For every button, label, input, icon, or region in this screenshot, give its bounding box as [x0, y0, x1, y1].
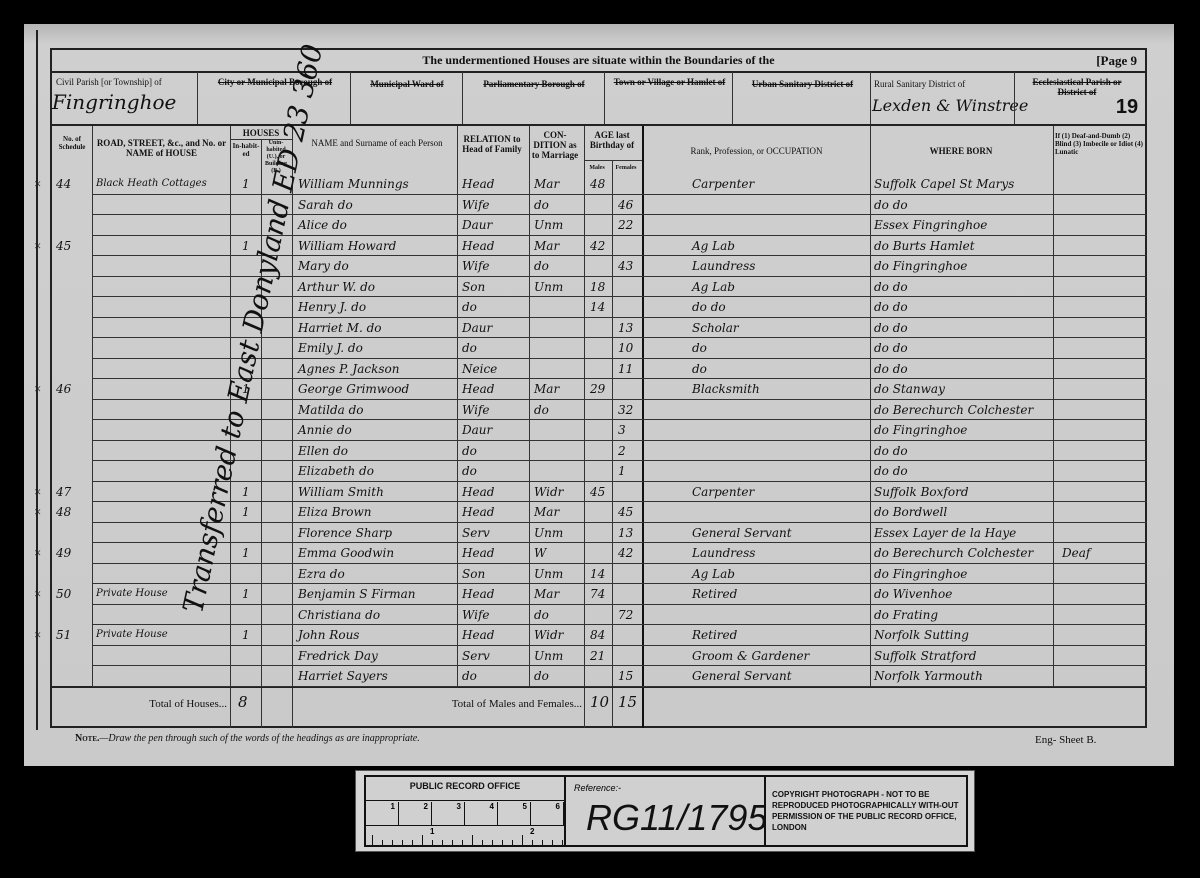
birthplace: do Berechurch Colchester	[874, 543, 1033, 563]
tally-mark-icon: ×	[34, 484, 41, 500]
occupation: Laundress	[692, 543, 755, 563]
schedule-number: 48	[56, 502, 71, 522]
relation: Wife	[462, 605, 490, 625]
schedule-number: 47	[56, 482, 71, 502]
birthplace: do do	[874, 338, 908, 358]
civil-parish-label: Civil Parish [or Township] of	[56, 77, 196, 87]
marital-condition: Widr	[534, 625, 563, 645]
civil-parish-value: Fingringhoe	[52, 90, 176, 114]
col-infirmity: If (1) Deaf-and-Dumb (2) Blind (3) Imbec…	[1055, 132, 1145, 156]
inhabited-count: 1	[242, 482, 250, 502]
ruler-mark: 3	[432, 802, 465, 825]
birthplace: Suffolk Boxford	[874, 482, 969, 502]
rural-sanitary-label: Rural Sanitary District of	[874, 79, 1014, 89]
inhabited-count: 1	[242, 584, 250, 604]
marital-condition: do	[534, 256, 549, 276]
tally-mark-icon: ×	[34, 238, 41, 254]
marital-condition: do	[534, 400, 549, 420]
birthplace: do Wivenhoe	[874, 584, 952, 604]
birthplace: Suffolk Stratford	[874, 646, 976, 666]
age-female: 3	[618, 420, 626, 440]
col-females: Females	[612, 164, 640, 172]
total-houses-label: Total of Houses...	[112, 694, 227, 714]
age-female: 42	[618, 543, 633, 563]
form-title: The undermentioned Houses are situate wi…	[52, 53, 1145, 68]
birthplace: do do	[874, 441, 908, 461]
age-female: 43	[618, 256, 633, 276]
person-name: Fredrick Day	[298, 646, 378, 666]
age-male: 42	[590, 236, 605, 256]
occupation: Ag Lab	[692, 277, 735, 297]
marital-condition: do	[534, 666, 549, 686]
birthplace: do Fingringhoe	[874, 564, 967, 584]
age-female: 13	[618, 318, 633, 338]
occupation: Blacksmith	[692, 379, 760, 399]
occupation: Groom & Gardener	[692, 646, 809, 666]
relation: do	[462, 461, 477, 481]
occupation: Ag Lab	[692, 564, 735, 584]
birthplace: Norfolk Yarmouth	[874, 666, 983, 686]
rural-sanitary-value: Lexden & Winstree	[872, 96, 1028, 115]
col-males: Males	[584, 164, 610, 172]
tally-mark-icon: ×	[34, 381, 41, 397]
person-name: Alice do	[298, 215, 347, 235]
relation: Head	[462, 379, 494, 399]
col-road: ROAD, STREET, &c., and No. or NAME of HO…	[94, 138, 229, 158]
col-name: NAME and Surname of each Person	[297, 138, 457, 148]
inhabited-count: 1	[242, 236, 250, 256]
age-female: 11	[618, 359, 633, 379]
age-female: 10	[618, 338, 633, 358]
infirmity: Deaf	[1062, 543, 1090, 563]
marital-condition: Mar	[534, 174, 559, 194]
birthplace: do do	[874, 277, 908, 297]
age-female: 15	[618, 666, 633, 686]
relation: Son	[462, 277, 485, 297]
person-name: Harriet M. do	[298, 318, 382, 338]
relation: Head	[462, 174, 494, 194]
person-name: Ezra do	[298, 564, 345, 584]
marital-condition: Widr	[534, 482, 563, 502]
birthplace: do Frating	[874, 605, 938, 625]
col-inhabited: In-habit-ed	[232, 142, 260, 158]
tally-mark-icon: ×	[34, 545, 41, 561]
person-name: Matilda do	[298, 400, 364, 420]
birthplace: do Stanway	[874, 379, 945, 399]
district-number: 19	[1112, 96, 1142, 118]
marital-condition: do	[534, 195, 549, 215]
schedule-number: 44	[56, 174, 71, 194]
age-male: 84	[590, 625, 605, 645]
total-houses-value: 8	[238, 692, 248, 712]
occupation: Retired	[692, 625, 737, 645]
reference-box: Reference:- RG11/1795.	[566, 775, 766, 847]
ruler-mark: 6	[531, 802, 564, 825]
relation: Daur	[462, 420, 492, 440]
birthplace: Norfolk Sutting	[874, 625, 969, 645]
age-male: 21	[590, 646, 605, 666]
birthplace: Suffolk Capel St Marys	[874, 174, 1014, 194]
marital-condition: Unm	[534, 564, 563, 584]
relation: do	[462, 666, 477, 686]
person-name: Christiana do	[298, 605, 380, 625]
person-name: John Rous	[298, 625, 359, 645]
left-margin-rule	[36, 30, 38, 730]
occupation: Carpenter	[692, 174, 754, 194]
tally-mark-icon: ×	[34, 176, 41, 192]
person-name: William Smith	[298, 482, 384, 502]
age-female: 13	[618, 523, 633, 543]
age-male: 45	[590, 482, 605, 502]
schedule-number: 45	[56, 236, 71, 256]
schedule-number: 51	[56, 625, 71, 645]
relation: Head	[462, 502, 494, 522]
relation: Son	[462, 564, 485, 584]
person-name: Harriet Sayers	[298, 666, 388, 686]
relation: Serv	[462, 646, 490, 666]
person-name: Benjamin S Firman	[298, 584, 415, 604]
birthplace: do Burts Hamlet	[874, 236, 975, 256]
margin-annotation: Transferred to East Donyland ED 23 360	[176, 237, 287, 616]
tally-mark-icon: ×	[34, 504, 41, 520]
col-relation: RELATION to Head of Family	[457, 134, 527, 154]
relation: do	[462, 297, 477, 317]
relation: do	[462, 441, 477, 461]
relation: Wife	[462, 256, 490, 276]
ruler-mark: 5	[498, 802, 531, 825]
marital-condition: Unm	[534, 215, 563, 235]
inhabited-count: 1	[242, 625, 250, 645]
person-name: Emma Goodwin	[298, 543, 394, 563]
occupation: Retired	[692, 584, 737, 604]
marital-condition: Unm	[534, 646, 563, 666]
total-males-value: 10	[590, 692, 609, 712]
page-number: [Page 9	[1096, 53, 1137, 69]
occupation: Laundress	[692, 256, 755, 276]
footer-note: Note.—Draw the pen through such of the w…	[75, 733, 420, 744]
col-age: AGE last Birthday of	[584, 130, 640, 150]
birthplace: do Fingringhoe	[874, 420, 967, 440]
relation: Head	[462, 625, 494, 645]
reference-value: RG11/1795.	[586, 797, 777, 839]
person-name: Ellen do	[298, 441, 348, 461]
ecclesiastical-label: Ecclesiastical Parish or District of	[1017, 77, 1137, 97]
marital-condition: W	[534, 543, 546, 563]
occupation: Carpenter	[692, 482, 754, 502]
ruler-mark: 1	[366, 802, 399, 825]
relation: Head	[462, 584, 494, 604]
relation: Wife	[462, 195, 490, 215]
ruler-mark: 4	[465, 802, 498, 825]
ward-label: Municipal Ward of	[352, 79, 462, 89]
birthplace: do do	[874, 461, 908, 481]
age-male: 14	[590, 564, 605, 584]
copyright-box: COPYRIGHT PHOTOGRAPH - NOT TO BE REPRODU…	[766, 775, 968, 847]
age-female: 32	[618, 400, 633, 420]
pro-title: PUBLIC RECORD OFFICE	[366, 781, 564, 791]
public-record-office-stamp: PUBLIC RECORD OFFICE 123456 12 Reference…	[355, 770, 975, 852]
occupation: Ag Lab	[692, 236, 735, 256]
birthplace: do do	[874, 318, 908, 338]
ruler-scale-bottom: 12	[366, 827, 564, 847]
relation: Serv	[462, 523, 490, 543]
inhabited-count: 1	[242, 502, 250, 522]
schedule-number: 50	[56, 584, 71, 604]
marital-condition: Mar	[534, 236, 559, 256]
age-male: 18	[590, 277, 605, 297]
age-female: 45	[618, 502, 633, 522]
age-female: 72	[618, 605, 633, 625]
total-females-value: 15	[618, 692, 637, 712]
relation: Head	[462, 236, 494, 256]
relation: Neice	[462, 359, 497, 379]
relation: Daur	[462, 318, 492, 338]
marital-condition: do	[534, 605, 549, 625]
ruler-scale-top: 123456	[366, 802, 564, 825]
total-persons-label: Total of Males and Females...	[392, 694, 582, 714]
borough-label: City or Municipal Borough of	[200, 77, 350, 87]
relation: do	[462, 338, 477, 358]
marital-condition: Unm	[534, 277, 563, 297]
age-female: 22	[618, 215, 633, 235]
marital-condition: Mar	[534, 584, 559, 604]
inhabited-count: 1	[242, 174, 250, 194]
town-label: Town or Village or Hamlet of	[607, 77, 732, 87]
col-condition: CON-DITION as to Marriage	[529, 130, 581, 160]
relation: Head	[462, 482, 494, 502]
age-female: 1	[618, 461, 626, 481]
age-male: 14	[590, 297, 605, 317]
birthplace: do Berechurch Colchester	[874, 400, 1033, 420]
reference-label: Reference:-	[574, 783, 621, 793]
occupation: General Servant	[692, 666, 792, 686]
person-name: Emily J. do	[298, 338, 363, 358]
sheet-label: Eng- Sheet B.	[1035, 734, 1096, 746]
parliamentary-borough-label: Parliamentary Borough of	[464, 79, 604, 89]
inhabited-count: 1	[242, 543, 250, 563]
urban-sanitary-label: Urban Sanitary District of	[735, 79, 870, 89]
marital-condition: Mar	[534, 502, 559, 522]
person-name: Sarah do	[298, 195, 353, 215]
age-male: 48	[590, 174, 605, 194]
birthplace: Essex Layer de la Haye	[874, 523, 1016, 543]
age-female: 46	[618, 195, 633, 215]
birthplace: do Bordwell	[874, 502, 947, 522]
occupation: do	[692, 338, 707, 358]
person-name: Agnes P. Jackson	[298, 359, 400, 379]
copyright-text: COPYRIGHT PHOTOGRAPH - NOT TO BE REPRODU…	[772, 789, 962, 833]
census-form: The undermentioned Houses are situate wi…	[50, 48, 1147, 728]
tally-mark-icon: ×	[34, 586, 41, 602]
person-name: George Grimwood	[298, 379, 409, 399]
tally-mark-icon: ×	[34, 627, 41, 643]
marital-condition: Unm	[534, 523, 563, 543]
relation: Daur	[462, 215, 492, 235]
birthplace: do do	[874, 195, 908, 215]
ruler-inch-mark: 2	[530, 827, 534, 836]
schedule-number: 49	[56, 543, 71, 563]
schedule-number: 46	[56, 379, 71, 399]
age-male: 29	[590, 379, 605, 399]
birthplace: do Fingringhoe	[874, 256, 967, 276]
ruler-mark: 2	[399, 802, 432, 825]
marital-condition: Mar	[534, 379, 559, 399]
person-name: Elizabeth do	[298, 461, 374, 481]
col-occupation: Rank, Profession, or OCCUPATION	[644, 146, 869, 156]
age-male: 74	[590, 584, 605, 604]
col-born: WHERE BORN	[870, 146, 1052, 156]
person-name: Mary do	[298, 256, 349, 276]
person-name: William Munnings	[298, 174, 409, 194]
house-name: Private House	[96, 625, 168, 645]
house-name: Private House	[96, 584, 168, 604]
ruler-inch-mark: 1	[430, 827, 434, 836]
person-name: Henry J. do	[298, 297, 366, 317]
birthplace: Essex Fingringhoe	[874, 215, 987, 235]
birthplace: do do	[874, 297, 908, 317]
person-name: Eliza Brown	[298, 502, 372, 522]
person-name: Annie do	[298, 420, 352, 440]
birthplace: do do	[874, 359, 908, 379]
age-female: 2	[618, 441, 626, 461]
occupation: Scholar	[692, 318, 739, 338]
house-name: Black Heath Cottages	[96, 174, 207, 194]
relation: Head	[462, 543, 494, 563]
occupation: do do	[692, 297, 726, 317]
person-name: Arthur W. do	[298, 277, 375, 297]
relation: Wife	[462, 400, 490, 420]
person-name: William Howard	[298, 236, 396, 256]
col-schedule: No. of Schedule	[54, 135, 90, 151]
pro-ruler-box: PUBLIC RECORD OFFICE 123456 12	[364, 775, 566, 847]
occupation: do	[692, 359, 707, 379]
occupation: General Servant	[692, 523, 792, 543]
person-name: Florence Sharp	[298, 523, 392, 543]
